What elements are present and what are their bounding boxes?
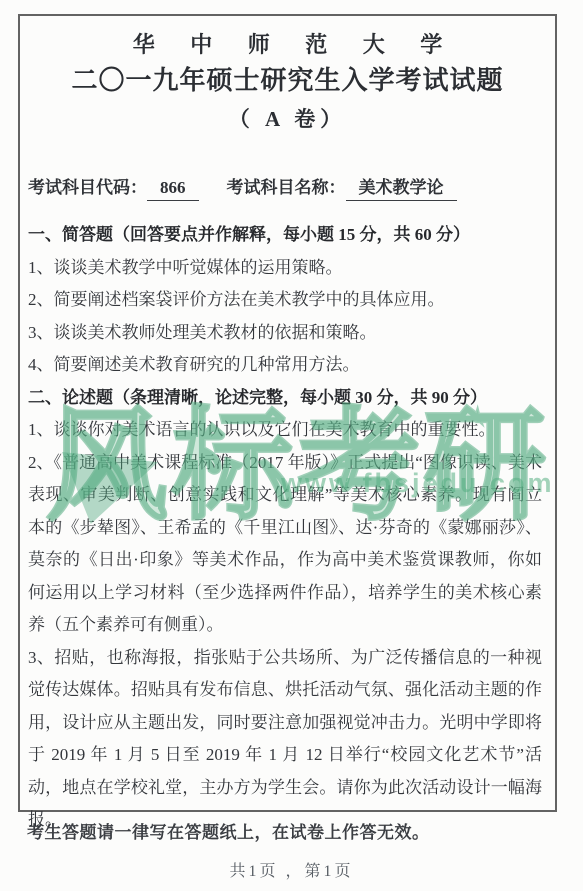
exam-title: 二〇一九年硕士研究生入学考试试题 bbox=[20, 60, 555, 97]
section-1-question-1: 1、谈谈美术教学中听觉媒体的运用策略。 bbox=[28, 252, 542, 285]
paper-version: （ A 卷） bbox=[20, 103, 555, 133]
section-2-question-3: 3、招贴，也称海报，指张贴于公共场所、为广泛传播信息的一种视觉传达媒体。招贴具有… bbox=[28, 642, 542, 837]
subject-code-label: 考试科目代码： bbox=[28, 178, 147, 197]
section-1-heading: 一、简答题（回答要点并作解释，每小题 15 分，共 60 分） bbox=[28, 219, 542, 252]
subject-code-value: 866 bbox=[147, 178, 199, 201]
subject-name-value: 美术教学论 bbox=[346, 173, 457, 201]
subject-name-label: 考试科目名称： bbox=[227, 178, 346, 197]
section-2-question-2: 2、《普通高中美术课程标准（2017 年版）》正式提出“图像识读、美术表现、审美… bbox=[28, 447, 542, 642]
paper-border-frame: 华 中 师 范 大 学 二〇一九年硕士研究生入学考试试题 （ A 卷） 考试科目… bbox=[18, 14, 557, 812]
section-2-question-1: 1、谈谈你对美术语言的认识以及它们在美术教育中的重要性。 bbox=[28, 414, 542, 447]
question-content: 一、简答题（回答要点并作解释，每小题 15 分，共 60 分） 1、谈谈美术教学… bbox=[28, 219, 542, 837]
section-1-question-4: 4、简要阐述美术教育研究的几种常用方法。 bbox=[28, 349, 542, 382]
page-number-info: 共1页 ，第1页 bbox=[0, 858, 583, 881]
section-1-question-3: 3、谈谈美术教师处理美术教材的依据和策略。 bbox=[28, 317, 542, 350]
university-name: 华 中 师 范 大 学 bbox=[20, 28, 555, 59]
section-1-question-2: 2、简要阐述档案袋评价方法在美术教学中的具体应用。 bbox=[28, 284, 542, 317]
subject-line: 考试科目代码：866考试科目名称：美术教学论 bbox=[28, 173, 457, 201]
section-2-heading: 二、论述题（条理清晰，论述完整，每小题 30 分，共 90 分） bbox=[28, 382, 542, 415]
